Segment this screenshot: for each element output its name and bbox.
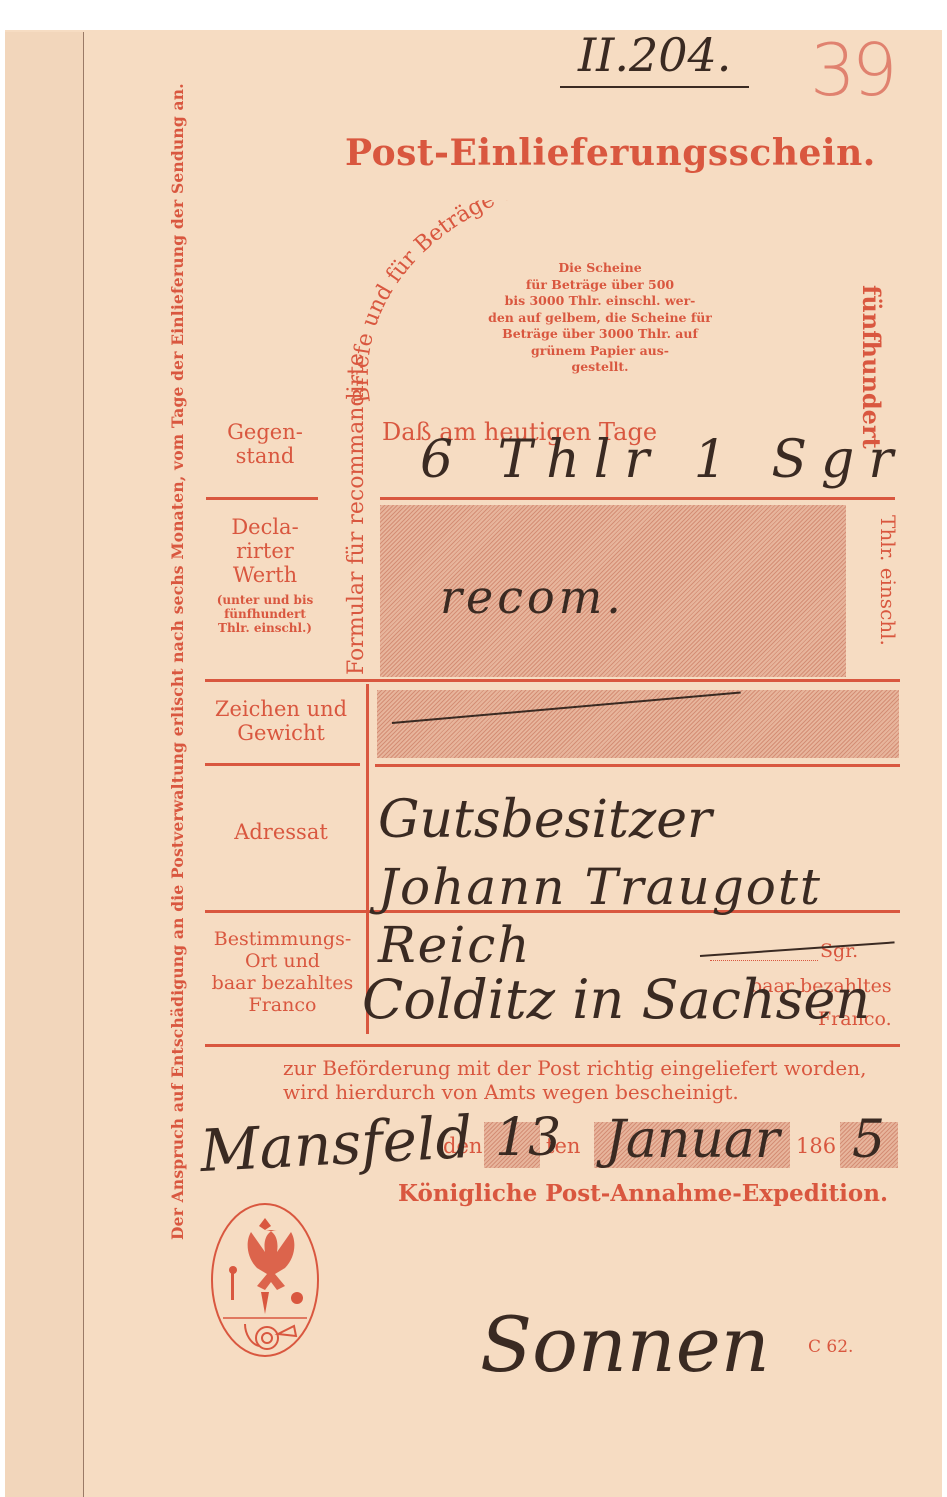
notice-line: Die Scheine	[470, 260, 730, 277]
confirmation-line: zur Beförderung mit der Post richtig ein…	[283, 1056, 866, 1080]
label-note: Thlr. einschl.)	[206, 621, 324, 635]
notice-line: Beträge über 3000 Thlr. auf	[470, 326, 730, 343]
confirmation-line: wird hierdurch von Amts wegen bescheinig…	[283, 1080, 866, 1104]
prussian-eagle-posthorn-seal-icon	[205, 1200, 325, 1364]
divider	[205, 1044, 900, 1047]
form-title: Post-Einlieferungsschein.	[345, 132, 876, 174]
label-line: Franco	[200, 994, 365, 1016]
confirmation-text: zur Beförderung mit der Post richtig ein…	[283, 1056, 866, 1104]
label-line: Decla-	[206, 515, 324, 539]
office-name: Königliche Post-Annahme-Expedition.	[398, 1180, 888, 1207]
folio-number: 39	[810, 28, 894, 112]
handwritten-adressat-line1: Gutsbesitzer	[378, 790, 712, 850]
handwritten-place: Mansfeld	[198, 1103, 474, 1185]
handwritten-gegenstand: 6 Thlr 1 Sgr	[420, 430, 907, 490]
divider	[205, 679, 900, 682]
label-adressat: Adressat	[206, 820, 356, 844]
label-note: (unter und bis	[206, 593, 324, 607]
arc-text-right-tail: Thlr. einschl.	[876, 515, 900, 646]
handwritten-declared-value: recom.	[440, 570, 625, 624]
label-declarirter-werth: Decla- rirter Werth (unter und bis fünfh…	[206, 515, 324, 635]
label-line: Werth	[206, 563, 324, 587]
notice-block: Die Scheine für Beträge über 500 bis 300…	[470, 260, 730, 376]
year-prefix: 186	[796, 1134, 836, 1158]
label-line: baar bezahltes	[200, 972, 365, 994]
handwritten-adressat-line2: Johann Traugott Reich	[378, 858, 947, 974]
inventory-number: II.204.	[560, 28, 749, 88]
label-line: stand	[210, 444, 320, 468]
value-box-top-rule	[380, 497, 895, 500]
handwritten-year-digit: 5	[852, 1110, 885, 1170]
form-code: C 62.	[808, 1337, 853, 1357]
label-line: rirter	[206, 539, 324, 563]
divider	[205, 763, 360, 766]
arc-text-right: fünfhundert	[857, 285, 886, 449]
label-line: Ort und	[200, 950, 365, 972]
notice-line: den auf gelbem, die Scheine für	[470, 310, 730, 327]
side-margin-notice: Der Anspruch auf Entschädigung an die Po…	[168, 140, 187, 1240]
label-bestimmungsort: Bestimmungs- Ort und baar bezahltes Fran…	[200, 928, 365, 1016]
handwritten-signature: Sonnen	[480, 1300, 770, 1389]
handwritten-month: Januar	[605, 1110, 780, 1170]
label-line: Gewicht	[206, 721, 356, 745]
label-line: Gegen-	[210, 420, 320, 444]
divider	[206, 497, 318, 500]
label-zeichen-gewicht: Zeichen und Gewicht	[206, 697, 356, 745]
label-note: fünfhundert	[206, 607, 324, 621]
label-line: Bestimmungs-	[200, 928, 365, 950]
handwritten-day: 13	[495, 1108, 561, 1168]
handwritten-bestimmungsort: Colditz in Sachsen	[362, 968, 870, 1031]
notice-line: bis 3000 Thlr. einschl. wer-	[470, 293, 730, 310]
folded-flap	[5, 32, 84, 1497]
notice-line: für Beträge über 500	[470, 277, 730, 294]
divider	[375, 764, 900, 767]
label-line: Zeichen und	[206, 697, 356, 721]
notice-line: grünem Papier aus-	[470, 343, 730, 360]
notice-line: gestellt.	[470, 359, 730, 376]
label-gegenstand: Gegen- stand	[210, 420, 320, 468]
